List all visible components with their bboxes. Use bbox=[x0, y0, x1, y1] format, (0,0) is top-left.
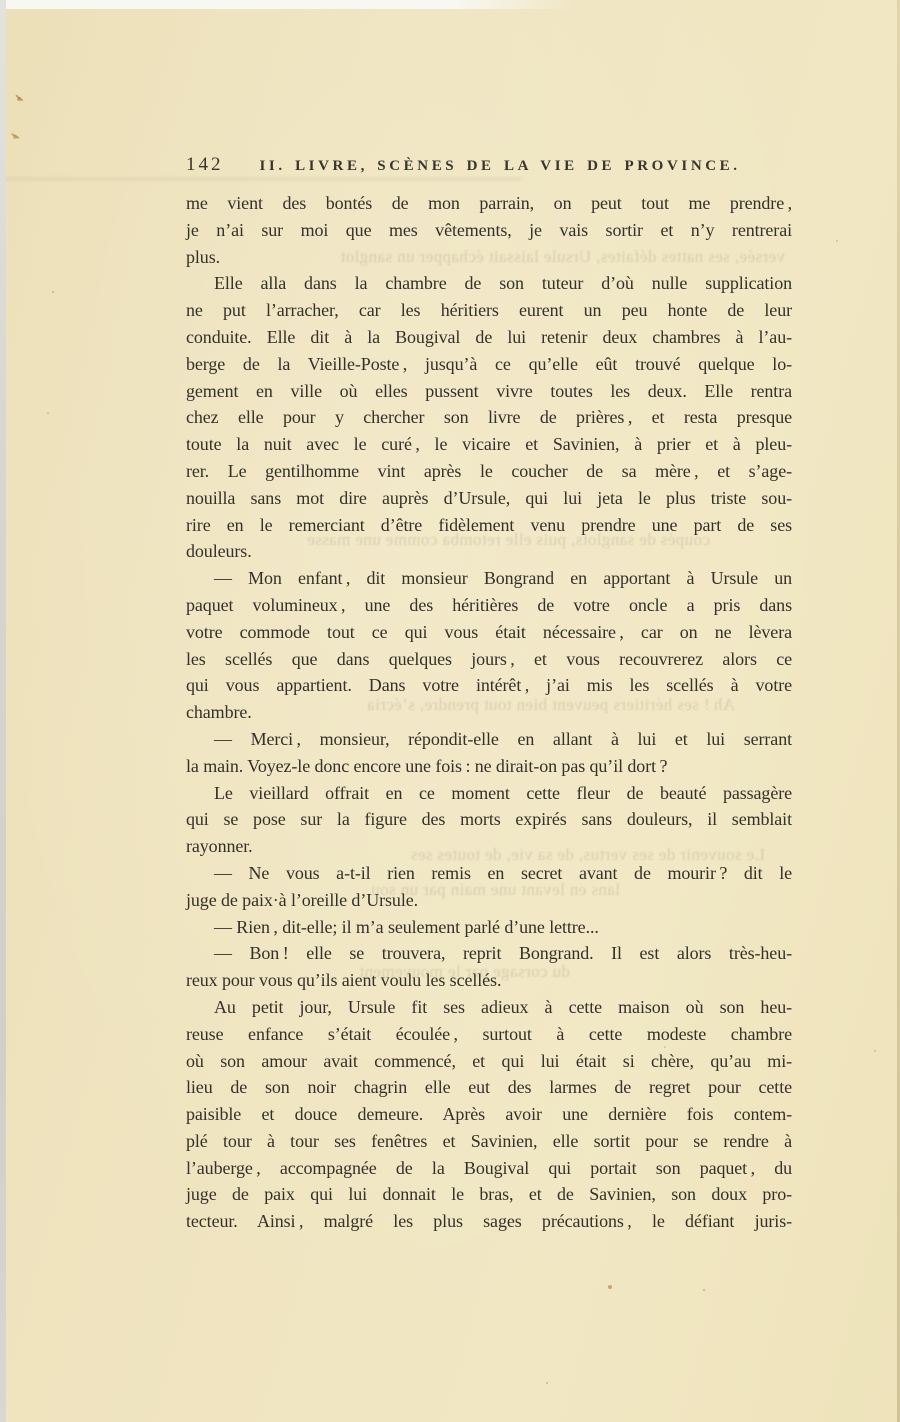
text-line: conduite. Elle dit à la Bougival de lui … bbox=[186, 324, 792, 351]
book-page-scan: versée, ses nattes défaites, Ursule lais… bbox=[0, 0, 900, 1422]
text-line: reuse enfance s’était écoulée , surtout … bbox=[186, 1021, 792, 1048]
text-line: les scellés que dans quelques jours , et… bbox=[186, 646, 792, 673]
text-line: — Ne vous a-t-il rien remis en secret av… bbox=[186, 860, 792, 887]
text-line: chambre. bbox=[186, 699, 792, 726]
text-line: Le vieillard offrait en ce moment cette … bbox=[186, 780, 792, 807]
text-line: — Rien , dit-elle; il m’a seulement parl… bbox=[186, 914, 792, 941]
paragraph: Le vieillard offrait en ce moment cette … bbox=[186, 780, 792, 860]
text-line: lieu de son noir chagrin elle eut des la… bbox=[186, 1074, 792, 1101]
paragraph: — Mon enfant , dit monsieur Bongrand en … bbox=[186, 565, 792, 726]
scan-edge-left bbox=[0, 0, 6, 1422]
paragraph: — Rien , dit-elle; il m’a seulement parl… bbox=[186, 914, 792, 941]
text-line: où son amour avait commencé, et qui lui … bbox=[186, 1048, 792, 1075]
body-text: me vient des bontés de mon parrain, on p… bbox=[186, 190, 792, 1235]
text-line: paquet volumineux , une des héritières d… bbox=[186, 592, 792, 619]
text-line: rire en le remerciant d’être fidèlement … bbox=[186, 512, 792, 539]
paragraph: — Ne vous a-t-il rien remis en secret av… bbox=[186, 860, 792, 914]
text-line: votre commode tout ce qui vous était néc… bbox=[186, 619, 792, 646]
text-line: paisible et douce demeure. Après avoir u… bbox=[186, 1101, 792, 1128]
text-line: tecteur. Ainsi , malgré les plus sages p… bbox=[186, 1208, 792, 1235]
text-line: juge de paix qui lui donnait le bras, et… bbox=[186, 1181, 792, 1208]
paragraph: — Bon ! elle se trouvera, reprit Bongran… bbox=[186, 940, 792, 994]
text-line: reux pour vous qu’ils aient voulu les sc… bbox=[186, 967, 792, 994]
text-line: juge de paix·à l’oreille d’Ursule. bbox=[186, 887, 792, 914]
text-line: qui se pose sur la figure des morts expi… bbox=[186, 806, 792, 833]
text-line: — Merci , monsieur, répondit-elle en all… bbox=[186, 726, 792, 753]
paper-crease bbox=[0, 177, 522, 181]
scan-edge-top bbox=[0, 0, 576, 9]
page-header: 142 II. LIVRE, SCÈNES DE LA VIE DE PROVI… bbox=[186, 154, 792, 176]
text-line: me vient des bontés de mon parrain, on p… bbox=[186, 190, 792, 217]
text-line: la main. Voyez-le donc encore une fois :… bbox=[186, 753, 792, 780]
paragraph: — Merci , monsieur, répondit-elle en all… bbox=[186, 726, 792, 780]
paper-fiber bbox=[11, 133, 20, 139]
page-number: 142 bbox=[186, 154, 224, 176]
text-line: rer. Le gentilhomme vint après le couche… bbox=[186, 458, 792, 485]
text-line: plus. bbox=[186, 244, 792, 271]
text-line: chez elle pour y chercher son livre de p… bbox=[186, 404, 792, 431]
text-line: — Mon enfant , dit monsieur Bongrand en … bbox=[186, 565, 792, 592]
text-line: berge de la Vieille-Poste , jusqu’à ce q… bbox=[186, 351, 792, 378]
text-line: douleurs. bbox=[186, 538, 792, 565]
text-line: plé tour à tour ses fenêtres et Savinien… bbox=[186, 1128, 792, 1155]
paragraph: Elle alla dans la chambre de son tuteur … bbox=[186, 270, 792, 565]
text-line: je n’ai sur moi que mes vêtements, je va… bbox=[186, 217, 792, 244]
text-line: Elle alla dans la chambre de son tuteur … bbox=[186, 270, 792, 297]
text-line: nouilla sans mot dire auprès d’Ursule, q… bbox=[186, 485, 792, 512]
paragraph: me vient des bontés de mon parrain, on p… bbox=[186, 190, 792, 270]
text-line: qui vous appartient. Dans votre intérêt … bbox=[186, 672, 792, 699]
text-line: l’auberge , accompagnée de la Bougival q… bbox=[186, 1155, 792, 1182]
running-title: II. LIVRE, SCÈNES DE LA VIE DE PROVINCE. bbox=[260, 158, 741, 175]
text-line: Au petit jour, Ursule fit ses adieux à c… bbox=[186, 994, 792, 1021]
text-line: gement en ville où elles pussent vivre t… bbox=[186, 378, 792, 405]
paragraph: Au petit jour, Ursule fit ses adieux à c… bbox=[186, 994, 792, 1235]
text-line: toute la nuit avec le curé , le vicaire … bbox=[186, 431, 792, 458]
paper-fiber bbox=[15, 94, 23, 101]
text-line: ne put l’arracher, car les héritiers eur… bbox=[186, 297, 792, 324]
text-line: rayonner. bbox=[186, 833, 792, 860]
text-line: — Bon ! elle se trouvera, reprit Bongran… bbox=[186, 940, 792, 967]
